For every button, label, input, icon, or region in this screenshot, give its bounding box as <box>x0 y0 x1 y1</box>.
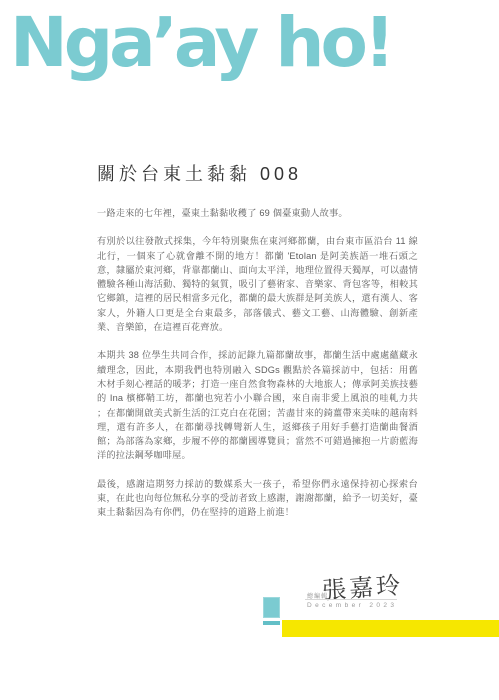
article-title: 關於台東土黏黏 008 <box>97 160 302 186</box>
article-paragraph: 最後，感謝這期努力採訪的數媒系大一孩子，希望你們永遠保持初心探索台東，在此也向每… <box>97 477 418 520</box>
signature-divider <box>305 599 397 600</box>
article-paragraph: 本期共 38 位學生共同合作，採訪記錄九篇都蘭故事，都蘭生活中處處蘊藏永續理念，… <box>97 348 418 462</box>
newsletter-page: Nga’ay ho! 關於台東土黏黏 008 一路走來的七年裡，臺東土黏黏收穫了… <box>0 0 499 700</box>
yellow-bar-decoration <box>282 620 499 637</box>
teal-bar-decoration <box>263 621 280 625</box>
article-body: 一路走來的七年裡，臺東土黏黏收穫了 69 個臺東動人故事。 有別於以往發散式採集… <box>97 206 418 534</box>
issue-date: December 2023 <box>307 602 397 609</box>
article-paragraph: 一路走來的七年裡，臺東土黏黏收穫了 69 個臺東動人故事。 <box>97 206 418 220</box>
teal-square-decoration <box>263 597 280 618</box>
masthead-title: Nga’ay ho! <box>10 0 391 86</box>
article-paragraph: 有別於以往發散式採集，今年特別聚焦在東河鄉都蘭，由台東市區沿台 11 線北行，一… <box>97 234 418 334</box>
